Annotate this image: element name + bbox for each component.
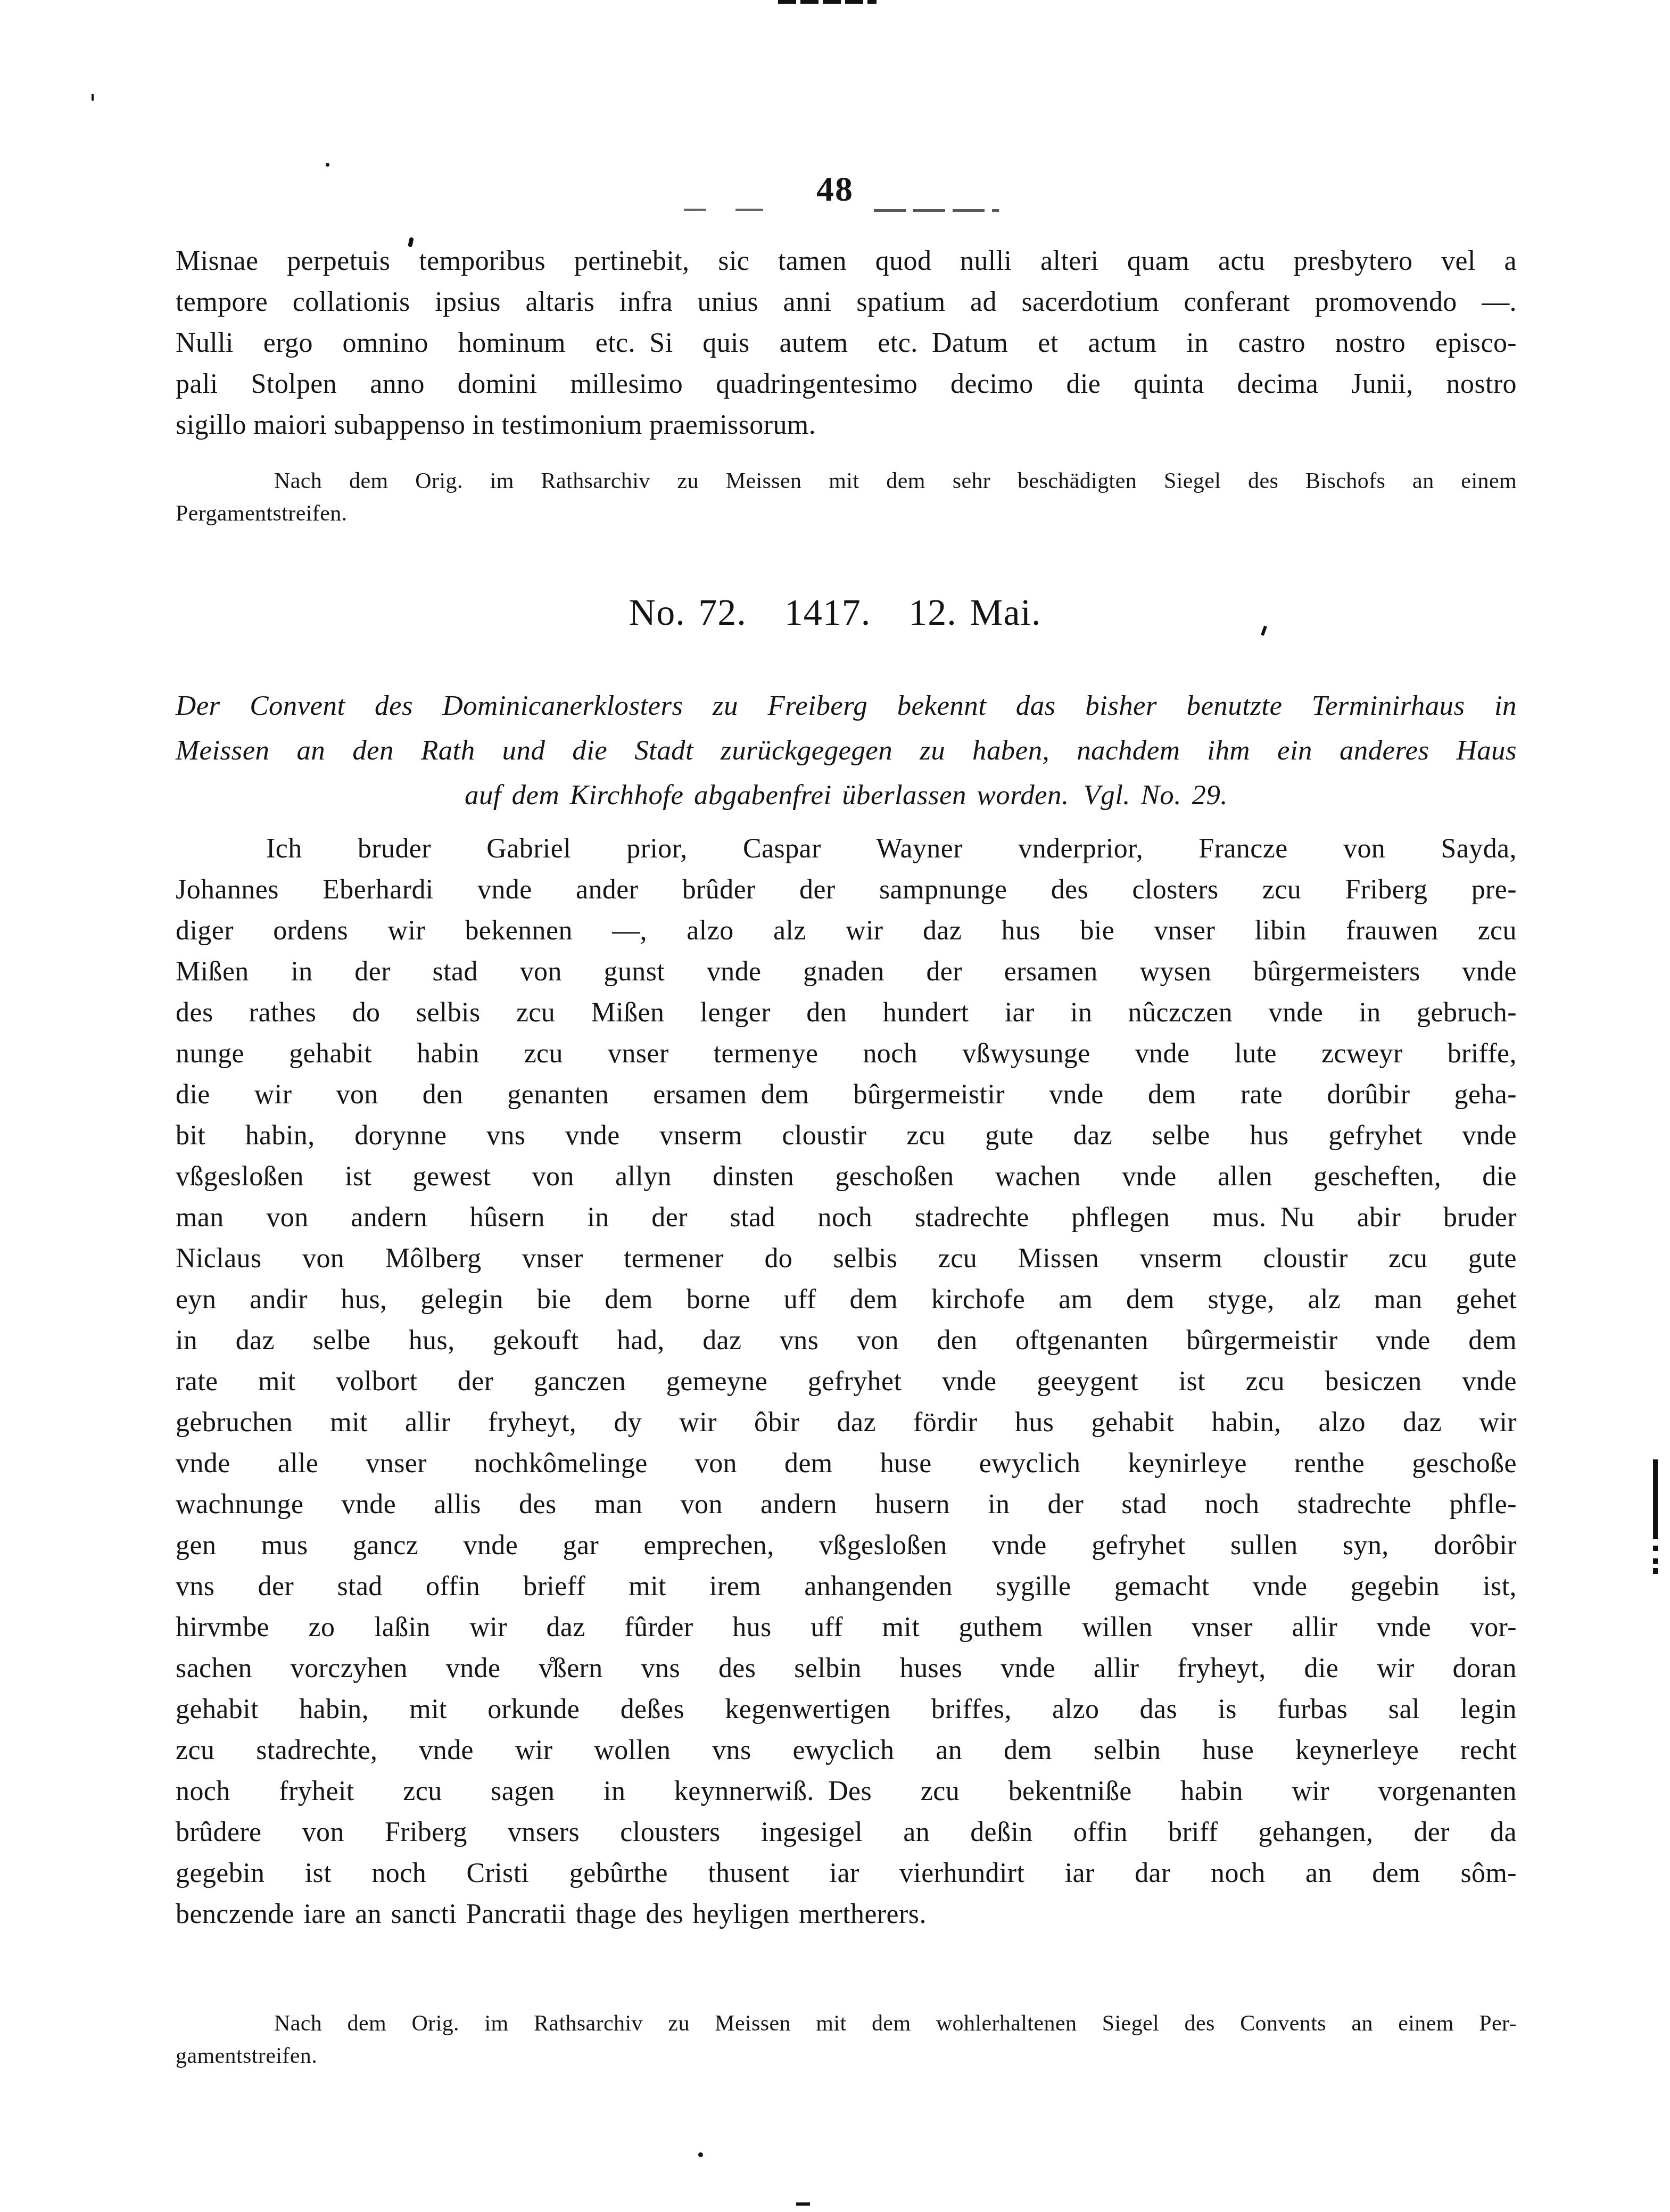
text-line: man von andern hûsern in der stad noch s… (176, 1197, 1517, 1238)
text-line: Nulli ergo omnino hominum etc. Si quis a… (176, 323, 1517, 364)
text-line: gehabit habin, mit orkunde deßes kegenwe… (176, 1689, 1517, 1730)
charter-heading: No. 72. 1417. 12. Mai. (0, 592, 1670, 634)
text-line: Niclaus von Môlberg vnser termener do se… (176, 1238, 1517, 1279)
text-line: auf dem Kirchhofe abgabenfrei überlassen… (176, 773, 1517, 818)
text-line: gebruchen mit allir fryheyt, dy wir ôbir… (176, 1402, 1517, 1443)
charter-summary: Der Convent des Dominicanerklosters zu F… (176, 683, 1517, 818)
text-line: noch fryheit zcu sagen in keynnerwiß. De… (176, 1771, 1517, 1812)
text-line: brûdere von Friberg vnsers clousters ing… (176, 1812, 1517, 1853)
scan-artifact-speck (326, 163, 329, 167)
text-line: pali Stolpen anno domini millesimo quadr… (176, 364, 1517, 405)
text-line: sigillo maiori subappenso in testimonium… (176, 405, 1517, 445)
text-line: vns der stad offin brieff mit irem anhan… (176, 1566, 1517, 1607)
scan-artifact-right-margin-mark (1653, 1459, 1658, 1574)
text-line: Ich bruder Gabriel prior, Caspar Wayner … (176, 828, 1517, 869)
text-line: vßgesloßen ist gewest von allyn dinsten … (176, 1156, 1517, 1197)
text-line: Der Convent des Dominicanerklosters zu F… (176, 683, 1517, 728)
scanned-book-page: 48 Misnae perpetuis temporibus pertinebi… (0, 0, 1670, 2212)
page-number: 48 (0, 169, 1670, 210)
text-line: Nach dem Orig. im Rathsarchiv zu Meissen… (176, 465, 1517, 498)
text-line: tempore collationis ipsius altaris infra… (176, 282, 1517, 323)
charter-body: Ich bruder Gabriel prior, Caspar Wayner … (176, 828, 1517, 1935)
source-note-previous-charter: Nach dem Orig. im Rathsarchiv zu Meissen… (176, 465, 1517, 530)
text-line: nunge gehabit habin zcu vnser termenye n… (176, 1033, 1517, 1074)
text-line: Misnae perpetuis temporibus pertinebit, … (176, 241, 1517, 282)
text-line: diger ordens wir bekennen —, alzo alz wi… (176, 910, 1517, 951)
scan-artifact-top-edge-line (778, 0, 877, 4)
text-line: des rathes do selbis zcu Mißen lenger de… (176, 992, 1517, 1033)
text-line: die wir von den genanten ersamen dem bûr… (176, 1074, 1517, 1115)
text-line: Meissen an den Rath und die Stadt zurück… (176, 728, 1517, 773)
text-line: hirvmbe zo laßin wir daz fûrder hus uff … (176, 1607, 1517, 1648)
text-line: wachnunge vnde allis des man von andern … (176, 1484, 1517, 1525)
text-line: Pergamentstreifen. (176, 498, 1517, 530)
text-line: in daz selbe hus, gekouft had, daz vns v… (176, 1320, 1517, 1361)
text-line: Nach dem Orig. im Rathsarchiv zu Meissen… (176, 2008, 1517, 2040)
scan-artifact-speck (698, 2152, 703, 2157)
text-line: gamentstreifen. (176, 2040, 1517, 2073)
scan-artifact-speck (92, 94, 94, 101)
text-line: Johannes Eberhardi vnde ander brûder der… (176, 869, 1517, 910)
text-line: zcu stadrechte, vnde wir wollen vns ewyc… (176, 1730, 1517, 1771)
text-line: bit habin, dorynne vns vnde vnserm clous… (176, 1115, 1517, 1156)
text-line: rate mit volbort der ganczen gemeyne gef… (176, 1361, 1517, 1402)
text-line: vnde alle vnser nochkômelinge von dem hu… (176, 1443, 1517, 1484)
scan-artifact-speck (796, 2202, 810, 2206)
text-line: eyn andir hus, gelegin bie dem borne uff… (176, 1279, 1517, 1320)
latin-charter-paragraph: Misnae perpetuis temporibus pertinebit, … (176, 241, 1517, 445)
text-line: benczende iare an sancti Pancratii thage… (176, 1894, 1517, 1935)
text-line: sachen vorczyhen vnde v̊ßern vns des sel… (176, 1648, 1517, 1689)
text-line: Mißen in der stad von gunst vnde gnaden … (176, 951, 1517, 992)
text-line: gegebin ist noch Cristi gebûrthe thusent… (176, 1853, 1517, 1894)
text-line: gen mus gancz vnde gar emprechen, vßgesl… (176, 1525, 1517, 1566)
source-note-charter-72: Nach dem Orig. im Rathsarchiv zu Meissen… (176, 2008, 1517, 2073)
